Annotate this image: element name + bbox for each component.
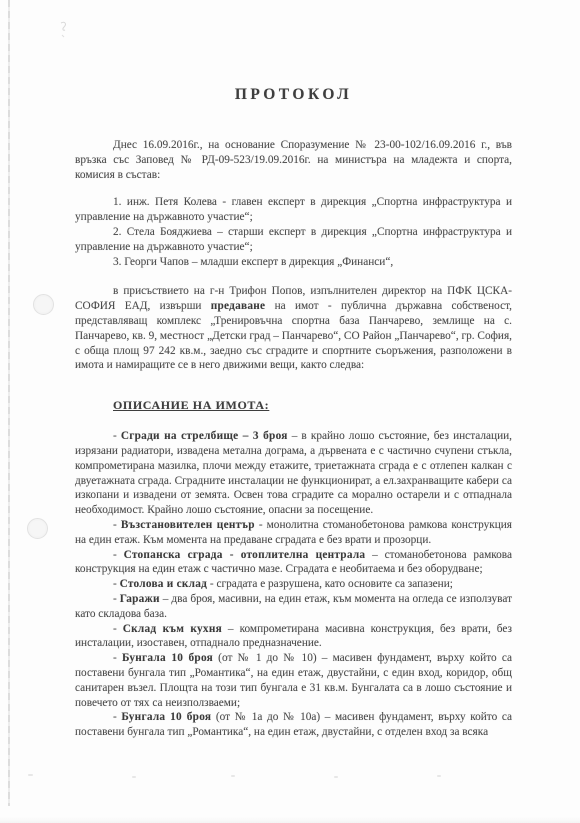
intro-paragraph: Днес 16.09.2016г., на основание Споразум…: [75, 138, 512, 182]
scanned-document-page: ПРОТОКОЛ Днес 16.09.2016г., на основание…: [0, 0, 580, 823]
document-body: ПРОТОКОЛ Днес 16.09.2016г., на основание…: [75, 0, 512, 740]
property-item: - Бунгала 10 броя (от № 1а до № 10а) – м…: [75, 710, 512, 740]
property-item: - Сгради на стрелбище – 3 броя – в крайн…: [75, 429, 512, 518]
handover-paragraph: в присъствието на г-н Трифон Попов, изпъ…: [75, 284, 512, 373]
section-heading: ОПИСАНИЕ НА ИМОТА:: [113, 398, 512, 413]
commission-list: 1. инж. Петя Колева - главен експерт в д…: [75, 195, 512, 269]
scan-edge-line: [8, 0, 10, 806]
commission-member: 3. Георги Чапов – младши експерт в дирек…: [75, 255, 512, 270]
scan-noise: [334, 776, 338, 778]
punch-hole-icon: [27, 518, 48, 539]
property-item: - Възстановителен център - монолитна сто…: [75, 518, 512, 548]
scan-noise: [28, 774, 33, 776]
scan-noise: [132, 776, 136, 778]
pencil-mark: [56, 20, 72, 42]
property-item: - Склад към кухня – компрометирана масив…: [75, 622, 512, 652]
commission-member: 1. инж. Петя Колева - главен експерт в д…: [75, 195, 512, 225]
scan-noise: [231, 775, 235, 777]
commission-member: 2. Стела Бояджиева – старши експерт в ди…: [75, 225, 512, 255]
page-bottom-shadow: [0, 817, 580, 823]
punch-hole-icon: [33, 294, 54, 315]
scan-noise: [437, 775, 441, 777]
property-item: - Столова и склад - сградата е разрушена…: [75, 577, 512, 592]
property-item: - Бунгала 10 броя (от № 1 до № 10) – мас…: [75, 651, 512, 710]
property-item: - Стопанска сграда - отоплителна централ…: [75, 548, 512, 578]
property-description-list: - Сгради на стрелбище – 3 броя – в крайн…: [75, 429, 512, 740]
document-title: ПРОТОКОЛ: [75, 86, 512, 104]
property-item: - Гаражи – два броя, масивни, на един ет…: [75, 592, 512, 622]
